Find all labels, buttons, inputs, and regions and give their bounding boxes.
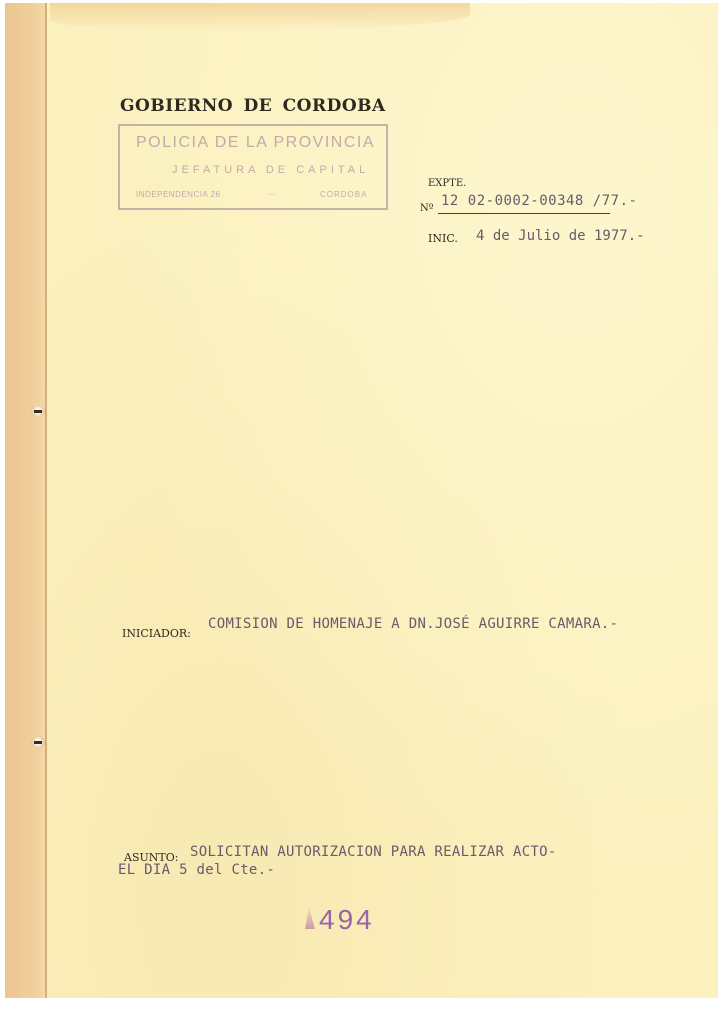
stamp-address: INDEPENDENCIA 26 xyxy=(136,190,220,199)
government-heading: GOBIERNO DE CORDOBA xyxy=(120,96,386,116)
fold-line xyxy=(45,3,47,998)
inic-label: INIC. xyxy=(428,232,458,245)
expediente-label: EXPTE. xyxy=(428,178,466,189)
iniciador-label: INICIADOR: xyxy=(122,627,191,640)
inic-date: 4 de Julio de 1977.- xyxy=(476,228,645,244)
asunto-line-1: SOLICITAN AUTORIZACION PARA REALIZAR ACT… xyxy=(190,844,557,860)
folio-number: 494 xyxy=(305,904,375,936)
punch-hole-icon xyxy=(31,736,45,748)
paper-stain xyxy=(50,3,470,31)
expediente-number: 12 02-0002-00348 /77.- xyxy=(441,193,637,209)
stamp-city: CORDOBA xyxy=(320,190,367,199)
asunto-line-2: EL DIA 5 del Cte.- xyxy=(118,862,275,878)
stamp-separator: ··· xyxy=(268,190,276,199)
police-stamp: POLICIA DE LA PROVINCIA JEFATURA DE CAPI… xyxy=(118,124,388,210)
stamp-line-2: JEFATURA DE CAPITAL xyxy=(172,164,369,176)
folder-edge xyxy=(5,3,45,998)
iniciador-value: COMISION DE HOMENAJE A DN.JOSÉ AGUIRRE C… xyxy=(208,616,618,632)
punch-hole-icon xyxy=(31,405,45,417)
stamp-line-1: POLICIA DE LA PROVINCIA xyxy=(136,134,375,152)
number-prefix: Nº xyxy=(420,203,433,214)
underline xyxy=(438,213,610,214)
